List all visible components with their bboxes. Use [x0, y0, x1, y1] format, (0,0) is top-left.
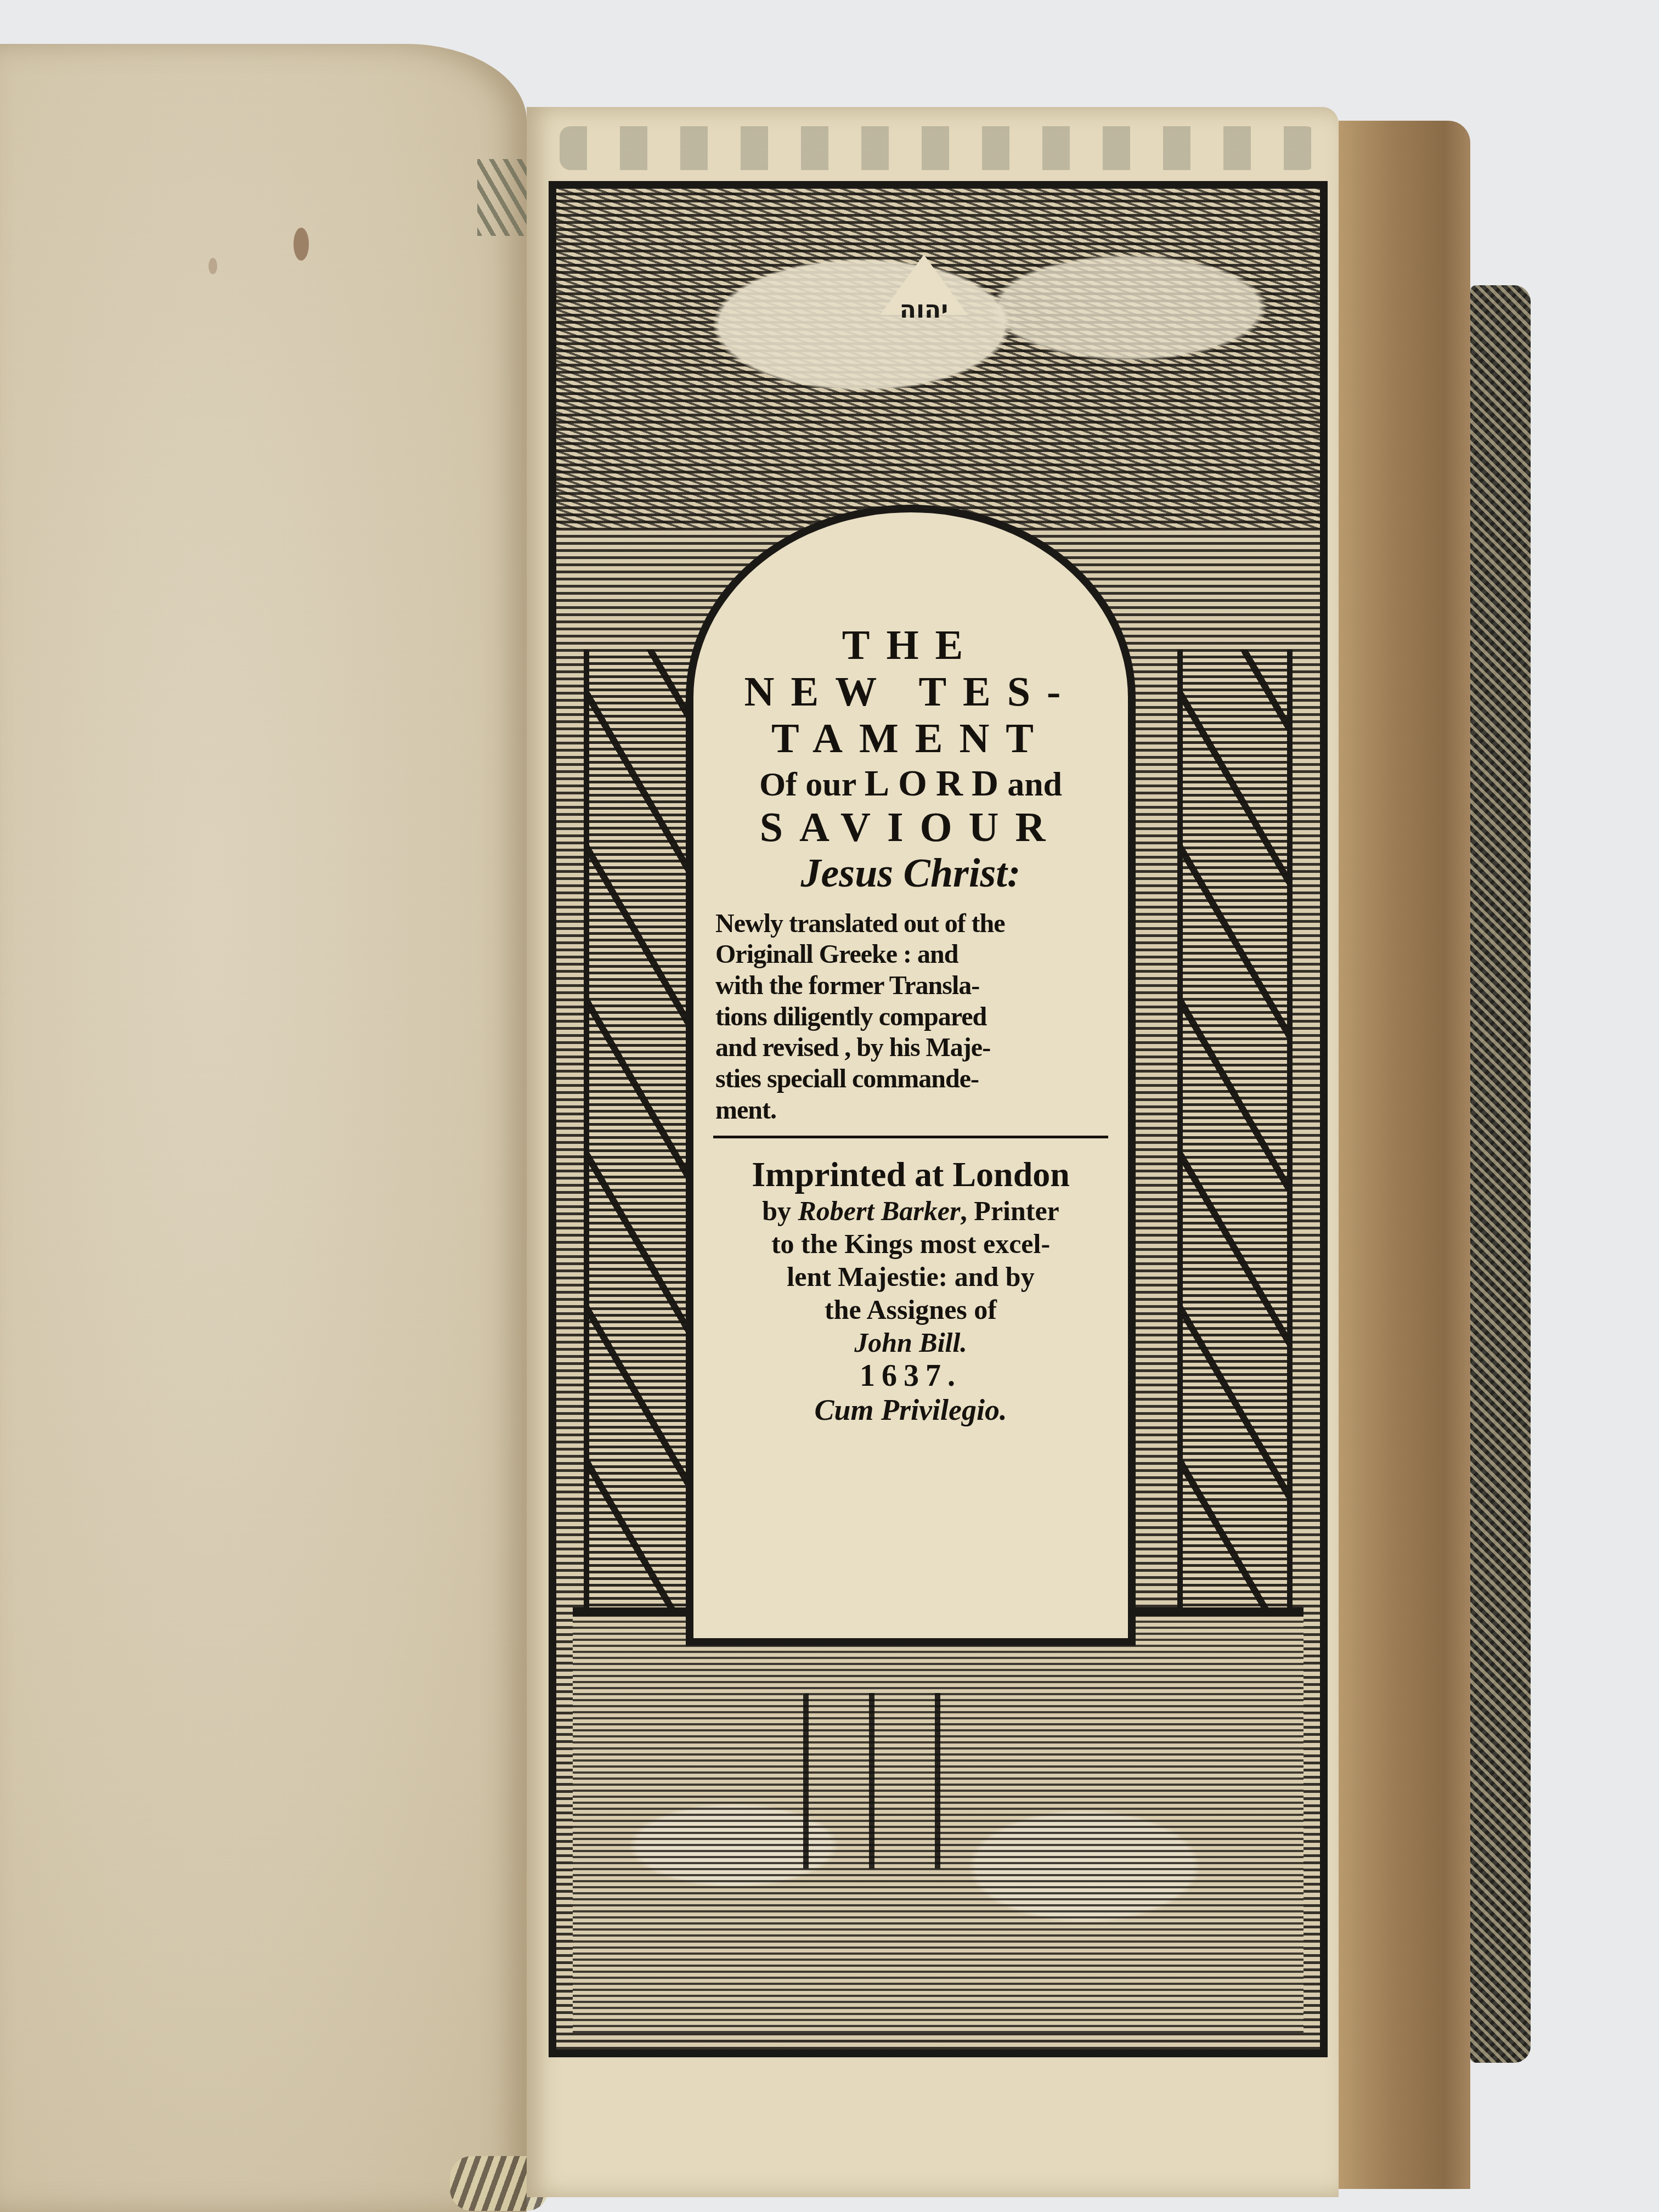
title-line: NEW TES-	[693, 669, 1128, 715]
publication-year: 1637.	[693, 1359, 1128, 1393]
radiant-triangle: יהוה	[853, 255, 995, 342]
title-line-jesus-christ: Jesus Christ:	[693, 851, 1128, 896]
imprint-line: to the Kings most excel-	[693, 1227, 1128, 1260]
bleed-through-ornament	[560, 126, 1317, 170]
arched-title-panel: THE NEW TES- TAMENT Of our LORDand SAVIO…	[686, 505, 1136, 1646]
text-fragment: Of our	[759, 766, 865, 803]
lower-scene-engraving	[573, 1607, 1304, 2033]
imprint-line: lent Majestie: and by	[693, 1260, 1128, 1293]
imprint-line: Imprinted at London	[693, 1155, 1128, 1194]
privilege-line: Cum Privilegio.	[693, 1393, 1128, 1426]
body-line: ment.	[693, 1095, 1128, 1126]
book-spine	[1470, 285, 1531, 2063]
body-line: with the former Transla-	[693, 970, 1128, 1002]
imprint-line-john-bill: John Bill.	[693, 1326, 1128, 1359]
left-endpaper	[0, 44, 527, 2212]
title-line-lord: Of our LORDand	[693, 762, 1128, 804]
imprint-line-printer: by Robert Barker, Printer	[693, 1194, 1128, 1227]
paper-stain	[294, 228, 309, 261]
body-line: and revised , by his Maje-	[693, 1032, 1128, 1064]
imprint-line: the Assignes of	[693, 1293, 1128, 1326]
right-pillar	[1177, 650, 1293, 1692]
body-line: sties speciall commande-	[693, 1064, 1128, 1095]
body-line: Newly translated out of the	[693, 909, 1128, 940]
body-line: Originall Greeke : and	[693, 939, 1128, 970]
photo-scene: יהוה THE NEW TES- TAMENT Of our LORDand …	[0, 0, 1659, 2212]
paper-stain	[208, 258, 217, 274]
text-fragment: , Printer	[960, 1195, 1059, 1226]
page-fore-edge	[1339, 121, 1470, 2189]
cloud-sky-engraving	[556, 189, 1320, 529]
body-line: tions diligently compared	[693, 1002, 1128, 1033]
printer-name: Robert Barker	[798, 1195, 960, 1226]
text-fragment: LORD	[865, 762, 1007, 804]
left-pillar	[584, 650, 699, 1692]
title-line: THE	[693, 622, 1128, 669]
arcade-arches	[770, 1693, 1001, 1869]
title-line: SAVIOUR	[693, 804, 1128, 851]
text-fragment: and	[1007, 766, 1062, 803]
text-fragment: by	[762, 1195, 798, 1226]
tetragrammaton: יהוה	[900, 296, 949, 324]
divider-rule	[713, 1136, 1108, 1138]
title-line: TAMENT	[693, 715, 1128, 762]
